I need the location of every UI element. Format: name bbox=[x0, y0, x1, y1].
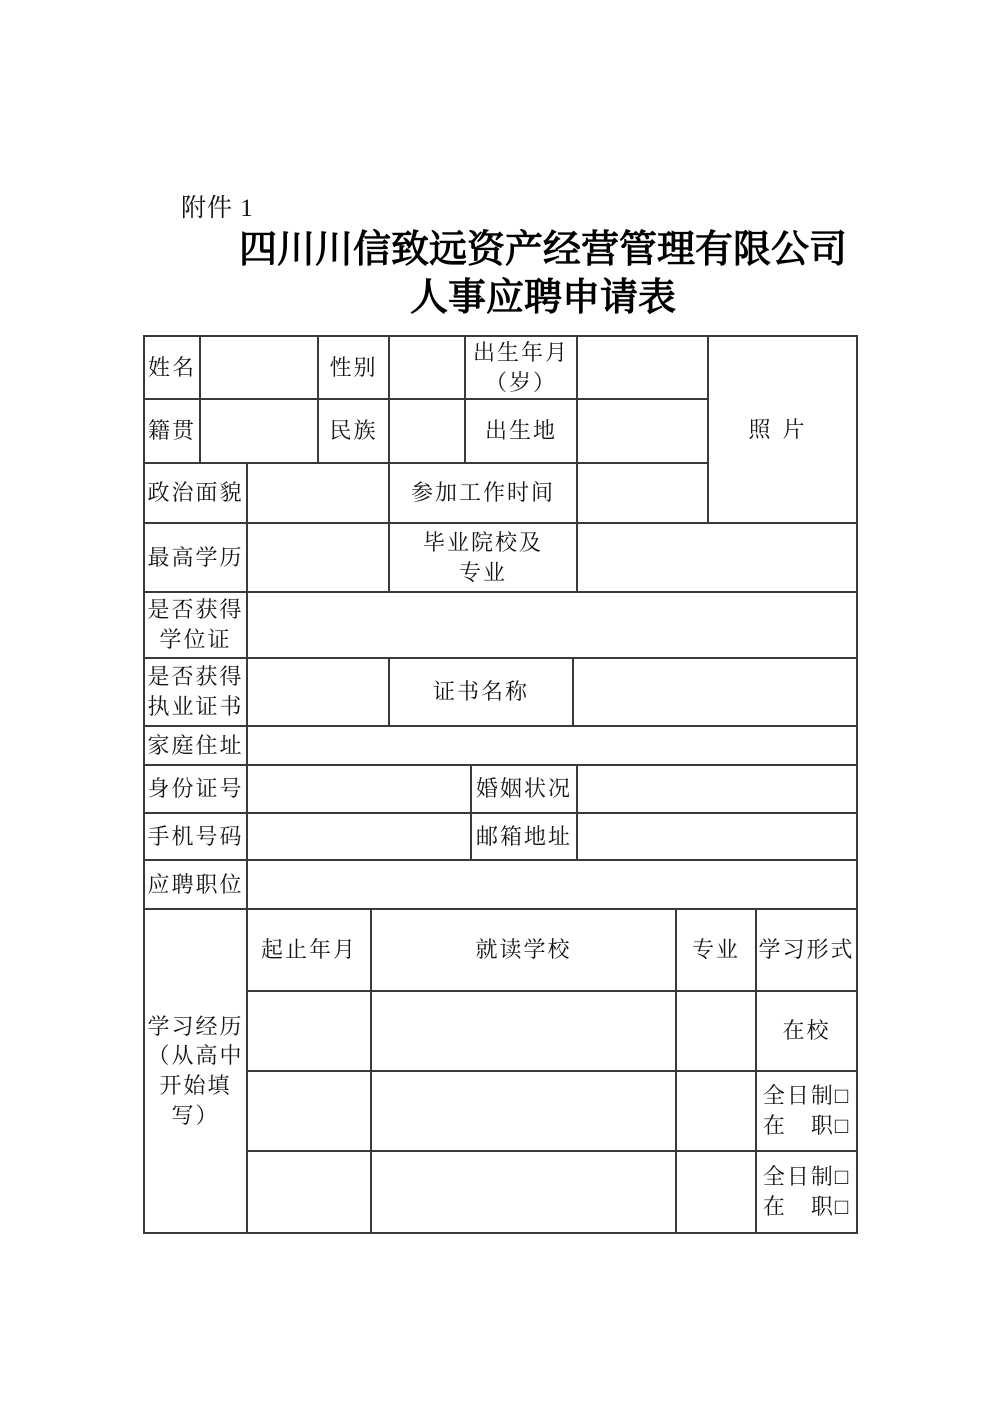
education-row2-major-cell[interactable] bbox=[675, 1070, 757, 1152]
certificate-name-value-cell[interactable] bbox=[572, 657, 858, 727]
native-place-label-cell: 籍贯 bbox=[143, 398, 201, 464]
birthplace-label-cell: 出生地 bbox=[464, 398, 578, 464]
email-label-cell: 邮箱地址 bbox=[470, 812, 578, 861]
email-value-cell[interactable] bbox=[576, 812, 858, 861]
degree-certificate-label-cell: 是否获得 学位证 bbox=[143, 591, 248, 659]
mobile-value-cell[interactable] bbox=[246, 812, 472, 861]
marital-status-label-cell: 婚姻状况 bbox=[470, 764, 578, 814]
education-row1-school-cell[interactable] bbox=[370, 990, 677, 1072]
document-page: 附件 1 四川川信致远资产经营管理有限公司 人事应聘申请表 姓名 性别 出生年月… bbox=[0, 0, 992, 1403]
home-address-value-cell[interactable] bbox=[246, 725, 858, 766]
practice-certificate-label-cell: 是否获得 执业证书 bbox=[143, 657, 248, 727]
education-row3-study-form-cell[interactable]: 全日制□ 在 职□ bbox=[755, 1150, 858, 1234]
form-title: 人事应聘申请表 bbox=[143, 274, 943, 322]
degree-certificate-value-cell[interactable] bbox=[246, 591, 858, 659]
certificate-name-label-cell: 证书名称 bbox=[388, 657, 574, 727]
education-row2-school-cell[interactable] bbox=[370, 1070, 677, 1152]
attachment-label: 附件 1 bbox=[181, 188, 254, 224]
photo-cell: 照片 bbox=[707, 335, 858, 524]
position-label-cell: 应聘职位 bbox=[143, 859, 248, 910]
education-header-major-cell: 专业 bbox=[675, 908, 757, 992]
company-title: 四川川信致远资产经营管理有限公司 bbox=[143, 226, 943, 274]
birthplace-value-cell[interactable] bbox=[576, 398, 709, 464]
education-row1-period-cell[interactable] bbox=[246, 990, 372, 1072]
political-status-label-cell: 政治面貌 bbox=[143, 462, 248, 524]
education-row1-study-form-cell: 在校 bbox=[755, 990, 858, 1072]
education-row2-period-cell[interactable] bbox=[246, 1070, 372, 1152]
title-block: 四川川信致远资产经营管理有限公司 人事应聘申请表 bbox=[143, 226, 943, 322]
native-place-value-cell[interactable] bbox=[199, 398, 319, 464]
marital-status-value-cell[interactable] bbox=[576, 764, 858, 814]
work-start-value-cell[interactable] bbox=[576, 462, 709, 524]
highest-education-value-cell[interactable] bbox=[246, 522, 390, 593]
id-number-value-cell[interactable] bbox=[246, 764, 472, 814]
work-start-label-cell: 参加工作时间 bbox=[388, 462, 578, 524]
name-label-cell: 姓名 bbox=[143, 335, 201, 400]
practice-certificate-value-cell[interactable] bbox=[246, 657, 390, 727]
birth-label-cell: 出生年月 （岁） bbox=[464, 335, 578, 400]
political-status-value-cell[interactable] bbox=[246, 462, 390, 524]
mobile-label-cell: 手机号码 bbox=[143, 812, 248, 861]
ethnicity-label-cell: 民族 bbox=[317, 398, 390, 464]
education-row3-major-cell[interactable] bbox=[675, 1150, 757, 1234]
graduate-school-label-cell: 毕业院校及 专业 bbox=[388, 522, 578, 593]
education-row1-major-cell[interactable] bbox=[675, 990, 757, 1072]
gender-value-cell[interactable] bbox=[388, 335, 466, 400]
education-header-school-cell: 就读学校 bbox=[370, 908, 677, 992]
birth-value-cell[interactable] bbox=[576, 335, 709, 400]
highest-education-label-cell: 最高学历 bbox=[143, 522, 248, 593]
education-header-study-form-cell: 学习形式 bbox=[755, 908, 858, 992]
graduate-school-value-cell[interactable] bbox=[576, 522, 858, 593]
education-row2-study-form-cell[interactable]: 全日制□ 在 职□ bbox=[755, 1070, 858, 1152]
home-address-label-cell: 家庭住址 bbox=[143, 725, 248, 766]
education-section-label-cell: 学习经历 （从高中 开始填 写） bbox=[143, 908, 248, 1234]
education-row3-period-cell[interactable] bbox=[246, 1150, 372, 1234]
education-row3-school-cell[interactable] bbox=[370, 1150, 677, 1234]
ethnicity-value-cell[interactable] bbox=[388, 398, 466, 464]
position-value-cell[interactable] bbox=[246, 859, 858, 910]
gender-label-cell: 性别 bbox=[317, 335, 390, 400]
name-value-cell[interactable] bbox=[199, 335, 319, 400]
education-header-period-cell: 起止年月 bbox=[246, 908, 372, 992]
id-number-label-cell: 身份证号 bbox=[143, 764, 248, 814]
